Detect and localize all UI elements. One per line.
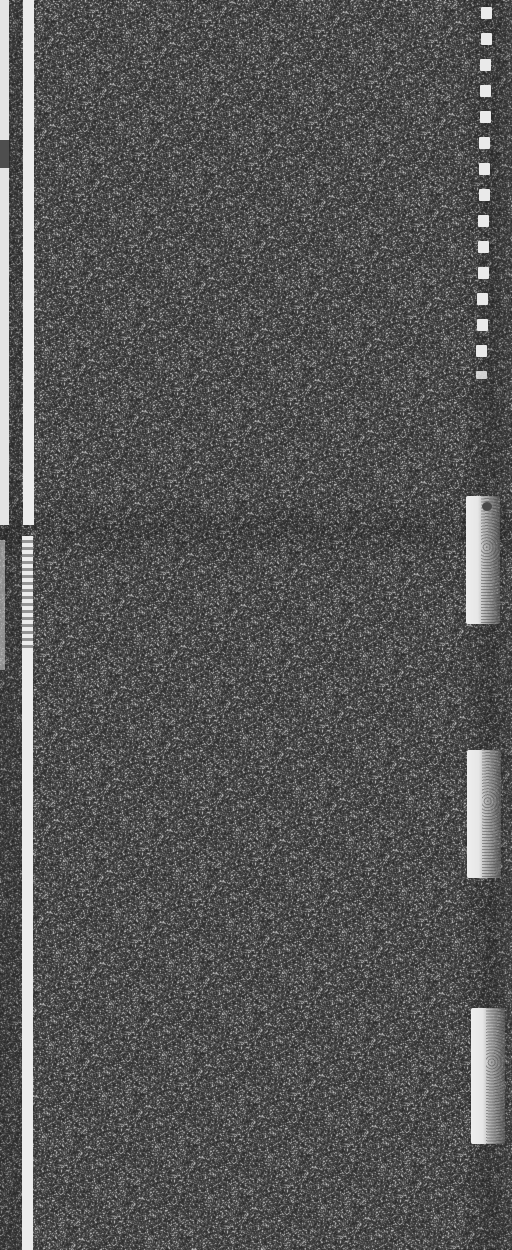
square-marker bbox=[479, 163, 490, 175]
square-marker bbox=[478, 215, 489, 227]
paint-chip bbox=[482, 502, 492, 511]
right-lane-block-marking bbox=[471, 1008, 505, 1144]
far-left-line bbox=[0, 0, 9, 525]
square-marker bbox=[480, 111, 491, 123]
square-marker bbox=[476, 371, 487, 379]
square-marker bbox=[478, 241, 489, 253]
square-marker bbox=[480, 59, 491, 71]
worn-paint bbox=[482, 750, 501, 878]
square-marker bbox=[481, 33, 492, 45]
square-marker bbox=[479, 189, 490, 201]
right-lane-block-marking bbox=[467, 750, 501, 878]
far-left-line-worn bbox=[0, 540, 5, 670]
square-marker bbox=[481, 7, 492, 19]
worn-paint bbox=[486, 1008, 505, 1144]
asphalt-texture bbox=[0, 0, 512, 1250]
road-surface bbox=[0, 0, 512, 1250]
square-marker bbox=[477, 319, 488, 331]
square-marker bbox=[479, 137, 490, 149]
left-edge-line-wear bbox=[22, 540, 33, 650]
right-lane-block-marking bbox=[466, 496, 500, 624]
left-edge-line-upper bbox=[23, 0, 34, 525]
square-marker bbox=[476, 345, 487, 357]
square-marker bbox=[480, 85, 491, 97]
left-edge-stain bbox=[0, 140, 10, 168]
worn-paint bbox=[481, 496, 500, 624]
square-marker bbox=[477, 293, 488, 305]
square-marker bbox=[478, 267, 489, 279]
